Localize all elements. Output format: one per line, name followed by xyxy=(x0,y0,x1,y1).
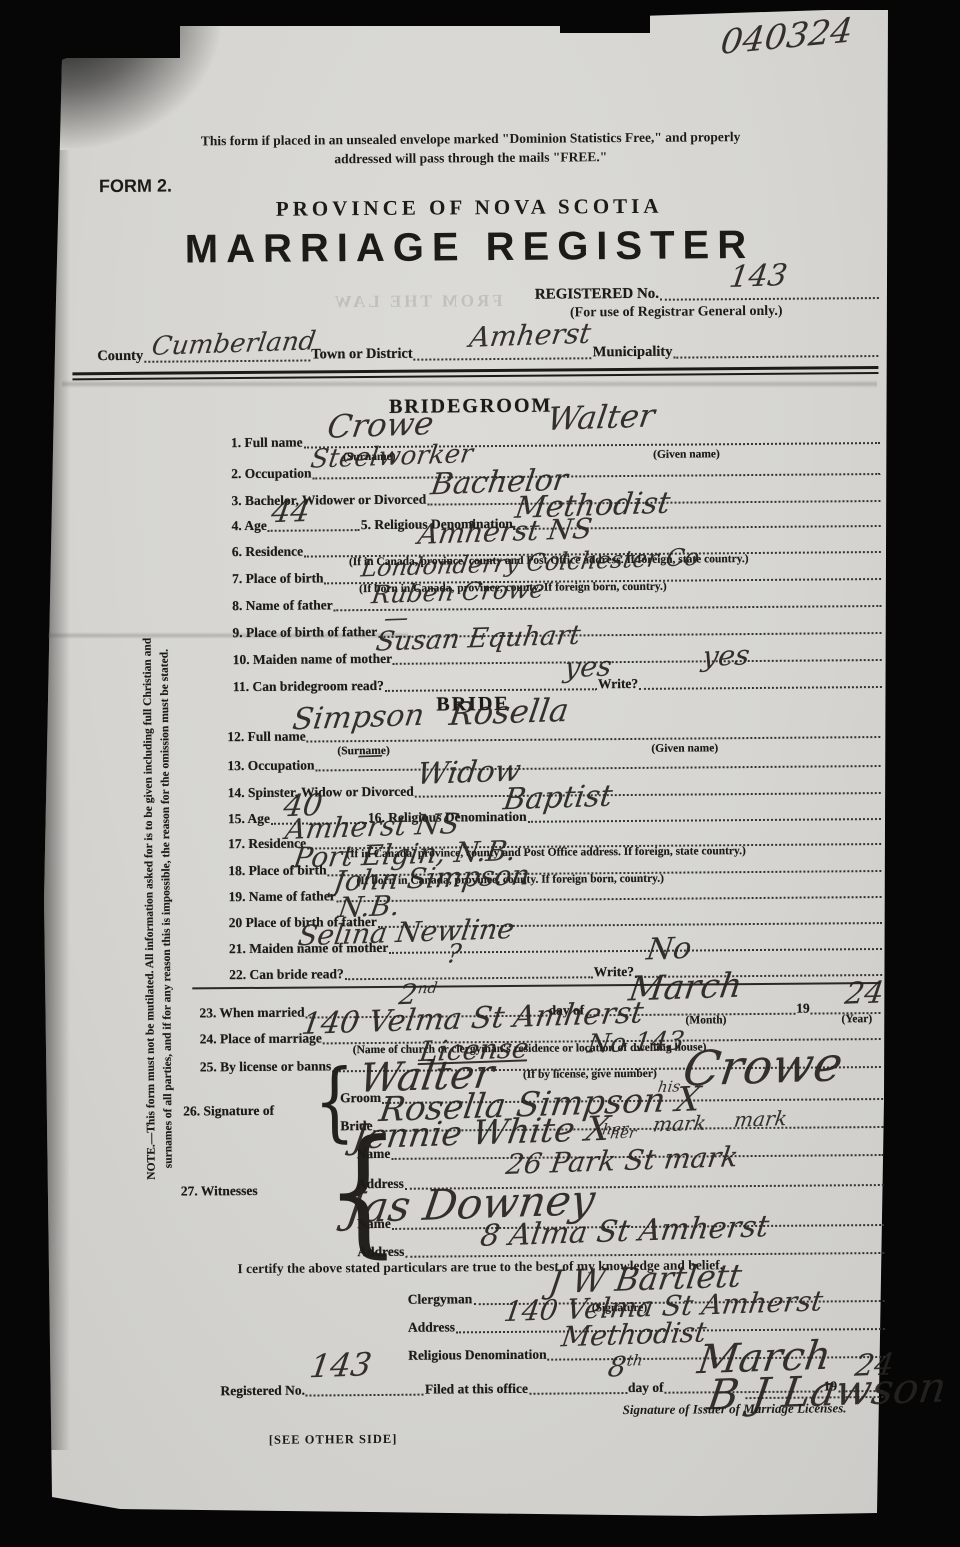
field-label: 8. Name of father xyxy=(232,597,333,613)
field-label: 23. When married xyxy=(199,1005,304,1021)
field-label: 2. Occupation xyxy=(231,465,311,481)
handwriting-groom-residence: Amherst NS xyxy=(416,512,594,551)
registrar-note: (For use of Registrar General only.) xyxy=(570,304,783,322)
handwriting-bride-surname: Simpson xyxy=(290,698,426,737)
handwriting-groom-write: yes xyxy=(700,638,752,673)
year-sublabel: (Year) xyxy=(841,1013,872,1025)
dotted-line xyxy=(316,761,881,771)
handwriting-bride-religion: Baptist xyxy=(501,779,615,818)
dotted-line xyxy=(673,351,878,359)
side-note: NOTE.—This form must not be mutilated. A… xyxy=(139,579,178,1239)
handwriting-witness1-mark: mark xyxy=(733,1106,789,1132)
handwriting-filed-day: 8th xyxy=(606,1349,644,1383)
groom-father-row: 8. Name of father xyxy=(232,593,882,614)
field-label: 10. Maiden name of mother xyxy=(233,651,392,668)
day-suffix: nd xyxy=(417,979,439,998)
dotted-line xyxy=(345,972,593,980)
field-label: Write? xyxy=(594,964,634,980)
handwriting-marriage-year: 24 xyxy=(843,975,886,1011)
mail-note: This form if placed in an unsealed envel… xyxy=(141,127,801,170)
field-label: 15. Age xyxy=(228,811,270,827)
year-prefix: 19 xyxy=(796,1001,810,1017)
handwriting-registered-no: 143 xyxy=(727,258,789,295)
handwriting-groom-signature-surname: Crowe xyxy=(680,1036,847,1097)
handwriting-registered-no-bottom: 143 xyxy=(307,1345,374,1385)
field-label: 19. Name of father xyxy=(228,888,335,904)
dotted-line xyxy=(639,682,882,690)
license-note: (If by license, give number) xyxy=(523,1068,657,1081)
handwriting-bride-given: Rosella xyxy=(447,691,571,733)
field-label: 22. Can bride read? xyxy=(229,966,344,982)
handwriting-county: Cumberland xyxy=(150,326,318,362)
filed-label: Filed at this office xyxy=(425,1381,528,1397)
handwriting-groom-read: yes xyxy=(562,650,614,685)
field-label: 6. Residence xyxy=(232,544,303,560)
field-label: 13. Occupation xyxy=(227,757,314,773)
field-label: 11. Can bridegroom read? xyxy=(233,678,384,695)
clergyman-label: Clergyman xyxy=(408,1291,473,1307)
field-label: 7. Place of birth xyxy=(232,570,324,586)
dotted-line xyxy=(393,655,882,665)
county-label: County xyxy=(97,348,143,365)
registered-label: Registered No. xyxy=(220,1383,305,1399)
handwriting-bride-write: No xyxy=(644,931,693,968)
handwriting-groom-surname: Crowe xyxy=(325,404,436,446)
issuer-label: Signature of Issuer of Marriage Licenses… xyxy=(623,1400,847,1418)
page-title: MARRIAGE REGISTER xyxy=(109,222,829,273)
dotted-line xyxy=(660,293,879,301)
day-suffix: th xyxy=(626,1351,644,1370)
double-rule xyxy=(72,366,878,380)
handwriting-town: Amherst xyxy=(468,317,594,354)
field-label: 1. Full name xyxy=(231,435,303,451)
dotted-line xyxy=(306,1389,424,1396)
field-label: 9. Place of birth of father xyxy=(232,624,377,641)
handwriting-serial-number: 040324 xyxy=(719,11,855,63)
bride-father-row: 19. Name of father xyxy=(228,884,882,905)
handwriting-clergyman-religion: Methodist xyxy=(559,1316,708,1354)
address-label: Address xyxy=(408,1319,455,1335)
dotted-line xyxy=(528,814,881,823)
province-heading: PROVINCE OF NOVA SCOTIA xyxy=(139,193,799,223)
town-label: Town or District xyxy=(311,346,413,363)
given-name-sublabel: (Given name) xyxy=(653,448,720,461)
field-label: 25. By license or banns xyxy=(200,1058,332,1075)
bride-occupation-row: 13. Occupation xyxy=(227,753,881,774)
registered-no-row: REGISTERED No. xyxy=(535,284,880,304)
religion-label: Religious Denomination xyxy=(408,1347,547,1364)
see-other-side-label: [SEE OTHER SIDE] xyxy=(269,1432,398,1448)
section-rule xyxy=(192,982,880,989)
dotted-line xyxy=(414,353,592,360)
registered-no-label: REGISTERED No. xyxy=(535,286,659,304)
dotted-line xyxy=(529,1388,627,1395)
handwriting-groom-given: Walter xyxy=(545,396,657,438)
municipality-label: Municipality xyxy=(593,344,673,361)
handwriting-bride-mark: mark xyxy=(652,1111,708,1137)
scanned-marriage-register: FROM THE LAW 040324 This form if placed … xyxy=(0,0,960,1547)
signature-of-label: 26. Signature of xyxy=(183,1103,274,1119)
bride-read-write-row: 22. Can bride read? Write? xyxy=(229,962,883,983)
month-sublabel: (Month) xyxy=(685,1014,726,1026)
field-label: 4. Age xyxy=(232,518,267,534)
handwriting-bride-occupation: — xyxy=(355,740,385,771)
form-number-label: FORM 2. xyxy=(99,176,172,198)
bridegroom-section-title: BRIDEGROOM xyxy=(141,393,801,421)
ghost-bleedthrough-text: FROM THE LAW xyxy=(332,291,503,312)
address-label: Address xyxy=(357,1244,404,1260)
handwriting-witness1-her: her xyxy=(609,1124,637,1143)
dotted-line xyxy=(405,1248,884,1258)
handwriting-license-number: No 143 xyxy=(585,1026,686,1059)
witnesses-label: 27. Witnesses xyxy=(181,1183,258,1199)
handwriting-groom-age: 44 xyxy=(269,494,312,530)
form-content: FROM THE LAW 040324 This form if placed … xyxy=(0,0,960,1547)
given-name-sublabel: (Given name) xyxy=(651,742,718,755)
field-label: 3. Bachelor, Widower or Divorced xyxy=(231,492,426,509)
